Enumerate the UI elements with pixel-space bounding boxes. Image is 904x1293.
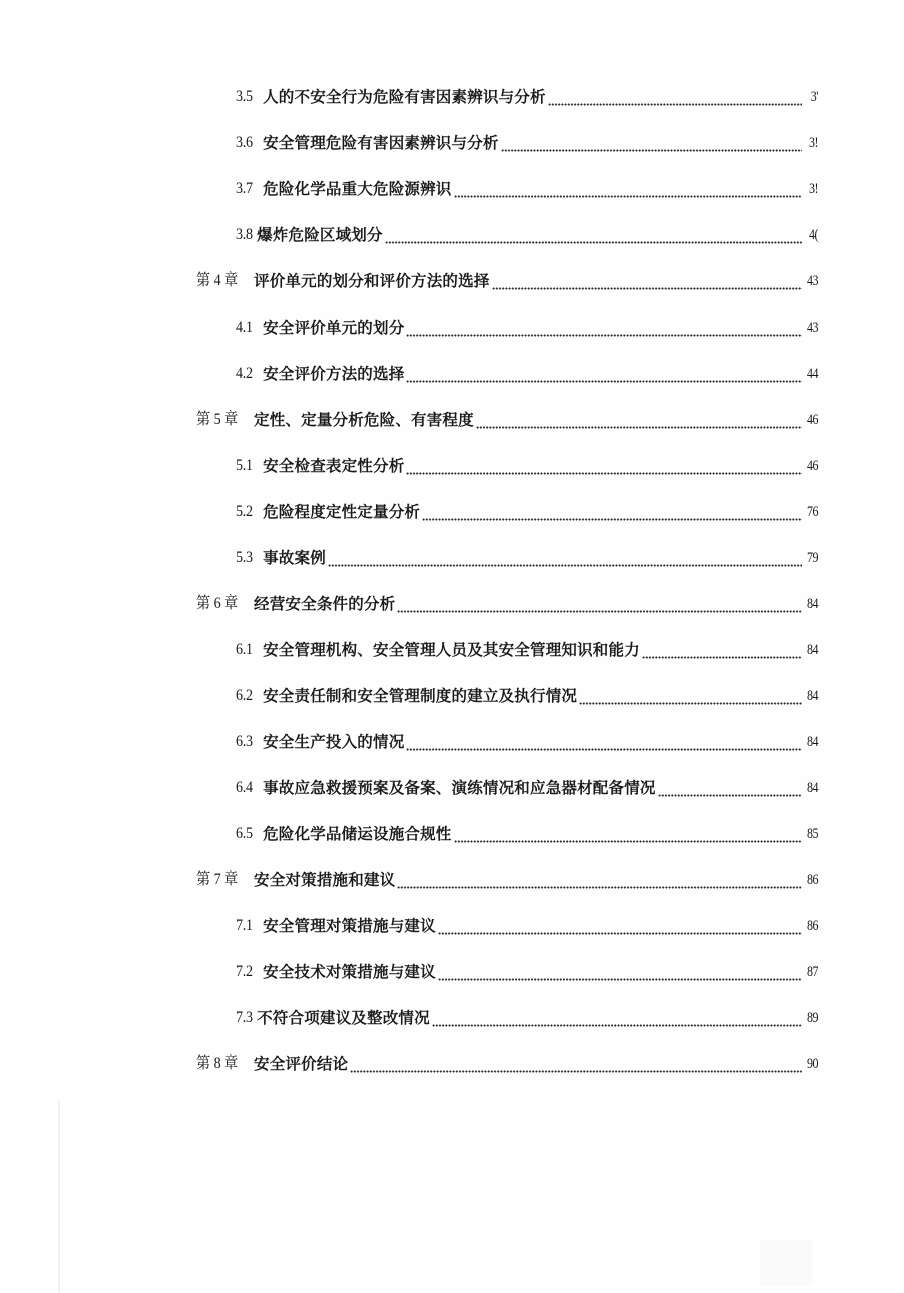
- page-number: 46: [807, 407, 818, 433]
- dot-leader: [406, 729, 802, 755]
- dot-leader: [406, 453, 802, 479]
- dot-leader: [642, 637, 802, 663]
- dot-leader: [501, 130, 802, 156]
- section-title: 安全管理机构、安全管理人员及其安全管理知识和能力: [263, 637, 640, 663]
- page-number: 86: [807, 913, 818, 939]
- section-title: 危险化学品重大危险源辨识: [263, 176, 451, 202]
- section-number: 7.2: [236, 959, 253, 985]
- section-title: 安全检查表定性分析: [263, 453, 404, 479]
- page-number: 3!: [807, 176, 818, 202]
- toc-entry-4-2[interactable]: 4.2 安全评价方法的选择 44: [236, 361, 818, 387]
- page-number: 76: [807, 499, 818, 525]
- section-number: 6.5: [236, 821, 253, 847]
- page-number: 90: [807, 1051, 818, 1077]
- dot-leader: [492, 268, 802, 294]
- section-number: 6.2: [236, 683, 253, 709]
- toc-entry-5-1[interactable]: 5.1 安全检查表定性分析 46: [236, 453, 818, 479]
- page-number: 84: [807, 729, 818, 755]
- dot-leader: [328, 545, 802, 571]
- section-title: 安全生产投入的情况: [263, 729, 404, 755]
- section-title: 安全评价单元的划分: [263, 315, 404, 341]
- chapter-number: 第 4 章: [196, 268, 238, 294]
- page-number: 85: [807, 821, 818, 847]
- page-number: 84: [807, 637, 818, 663]
- section-title: 危险程度定性定量分析: [263, 499, 420, 525]
- dot-leader: [350, 1051, 802, 1077]
- section-title: 事故应急救援预案及备案、演练情况和应急器材配备情况: [263, 775, 656, 801]
- toc-entry-7-3[interactable]: 7.3 不符合项建议及整改情况 89: [236, 1005, 818, 1031]
- page-number: 44: [807, 361, 818, 387]
- dot-leader: [438, 913, 802, 939]
- page-number: 3!: [807, 130, 818, 156]
- chapter-number: 第 5 章: [196, 407, 238, 433]
- dot-leader: [422, 499, 802, 525]
- section-title: 安全管理危险有害因素辨识与分析: [263, 130, 499, 156]
- section-number: 6.3: [236, 729, 253, 755]
- page-number: 86: [807, 867, 818, 893]
- section-number: 6.4: [236, 775, 253, 801]
- dot-leader: [454, 821, 802, 847]
- toc-entry-6-5[interactable]: 6.5 危险化学品储运设施合规性 85: [236, 821, 818, 847]
- page-number: 43: [807, 315, 818, 341]
- section-number: 5.1: [236, 453, 253, 479]
- toc-entry-6-3[interactable]: 6.3 安全生产投入的情况 84: [236, 729, 818, 755]
- toc-entry-6-2[interactable]: 6.2 安全责任制和安全管理制度的建立及执行情况 84: [236, 683, 818, 709]
- toc-entry-5-3[interactable]: 5.3 事故案例 79: [236, 545, 818, 571]
- dot-leader: [548, 84, 802, 110]
- toc-entry-chapter-5[interactable]: 第 5 章 定性、定量分析危险、有害程度 46: [196, 407, 818, 433]
- page-number: 4(: [807, 222, 818, 248]
- section-title: 安全管理对策措施与建议: [263, 913, 436, 939]
- chapter-number: 第 8 章: [196, 1051, 238, 1077]
- toc-entry-7-1[interactable]: 7.1 安全管理对策措施与建议 86: [236, 913, 818, 939]
- dot-leader: [476, 407, 802, 433]
- chapter-title: 经营安全条件的分析: [254, 591, 395, 617]
- section-number: 4.1: [236, 315, 253, 341]
- page-number: 43: [807, 268, 818, 294]
- toc-entry-6-1[interactable]: 6.1 安全管理机构、安全管理人员及其安全管理知识和能力 84: [236, 637, 818, 663]
- section-number: 3.7: [236, 176, 253, 202]
- dot-leader: [397, 867, 802, 893]
- chapter-title: 评价单元的划分和评价方法的选择: [254, 268, 490, 294]
- section-number: 3.6: [236, 130, 253, 156]
- page-number: 89: [807, 1005, 818, 1031]
- page-number: 84: [807, 683, 818, 709]
- chapter-number: 第 6 章: [196, 591, 238, 617]
- document-page: 3.5 人的不安全行为危险有害因素辨识与分析 3' 3.6 安全管理危险有害因素…: [0, 0, 904, 1293]
- toc-entry-3-5[interactable]: 3.5 人的不安全行为危险有害因素辨识与分析 3': [236, 84, 818, 110]
- dot-leader: [658, 775, 802, 801]
- toc-entry-5-2[interactable]: 5.2 危险程度定性定量分析 76: [236, 499, 818, 525]
- section-number: 7.1: [236, 913, 253, 939]
- toc-entry-chapter-8[interactable]: 第 8 章 安全评价结论 90: [196, 1051, 818, 1077]
- section-number: 3.8: [236, 222, 253, 248]
- toc-entry-7-2[interactable]: 7.2 安全技术对策措施与建议 87: [236, 959, 818, 985]
- section-title: 爆炸危险区域划分: [257, 222, 383, 248]
- toc-entry-3-8[interactable]: 3.8 爆炸危险区域划分 4(: [236, 222, 818, 248]
- page-number: 46: [807, 453, 818, 479]
- toc-entry-chapter-6[interactable]: 第 6 章 经营安全条件的分析 84: [196, 591, 818, 617]
- toc-entry-4-1[interactable]: 4.1 安全评价单元的划分 43: [236, 315, 818, 341]
- page-number: 87: [807, 959, 818, 985]
- toc-entry-3-6[interactable]: 3.6 安全管理危险有害因素辨识与分析 3!: [236, 130, 818, 156]
- section-title: 人的不安全行为危险有害因素辨识与分析: [263, 84, 546, 110]
- section-number: 3.5: [236, 84, 253, 110]
- page-number: 3': [807, 84, 818, 110]
- scan-edge-shadow: [58, 1100, 60, 1293]
- toc-entry-3-7[interactable]: 3.7 危险化学品重大危险源辨识 3!: [236, 176, 818, 202]
- page-number: 79: [807, 545, 818, 571]
- section-title: 危险化学品储运设施合规性: [263, 821, 451, 847]
- section-title: 安全技术对策措施与建议: [263, 959, 436, 985]
- page-number: 84: [807, 591, 818, 617]
- dot-leader: [579, 683, 802, 709]
- section-title: 不符合项建议及整改情况: [257, 1005, 430, 1031]
- toc-entry-chapter-7[interactable]: 第 7 章 安全对策措施和建议 86: [196, 867, 818, 893]
- section-title: 安全责任制和安全管理制度的建立及执行情况: [263, 683, 577, 709]
- dot-leader: [406, 315, 802, 341]
- toc-entry-chapter-4[interactable]: 第 4 章 评价单元的划分和评价方法的选择 43: [196, 268, 818, 294]
- chapter-number: 第 7 章: [196, 867, 238, 893]
- dot-leader: [454, 176, 802, 202]
- section-number: 6.1: [236, 637, 253, 663]
- dot-leader: [397, 591, 802, 617]
- section-title: 事故案例: [263, 545, 326, 571]
- section-number: 4.2: [236, 361, 253, 387]
- dot-leader: [432, 1005, 802, 1031]
- toc-entry-6-4[interactable]: 6.4 事故应急救援预案及备案、演练情况和应急器材配备情况 84: [236, 775, 818, 801]
- section-title: 安全评价方法的选择: [263, 361, 404, 387]
- page-number: 84: [807, 775, 818, 801]
- dot-leader: [406, 361, 802, 387]
- section-number: 7.3: [236, 1005, 253, 1031]
- dot-leader: [385, 222, 802, 248]
- chapter-title: 定性、定量分析危险、有害程度: [254, 407, 474, 433]
- chapter-title: 安全对策措施和建议: [254, 867, 395, 893]
- section-number: 5.2: [236, 499, 253, 525]
- section-number: 5.3: [236, 545, 253, 571]
- scan-artifact: [760, 1240, 812, 1286]
- chapter-title: 安全评价结论: [254, 1051, 348, 1077]
- dot-leader: [438, 959, 802, 985]
